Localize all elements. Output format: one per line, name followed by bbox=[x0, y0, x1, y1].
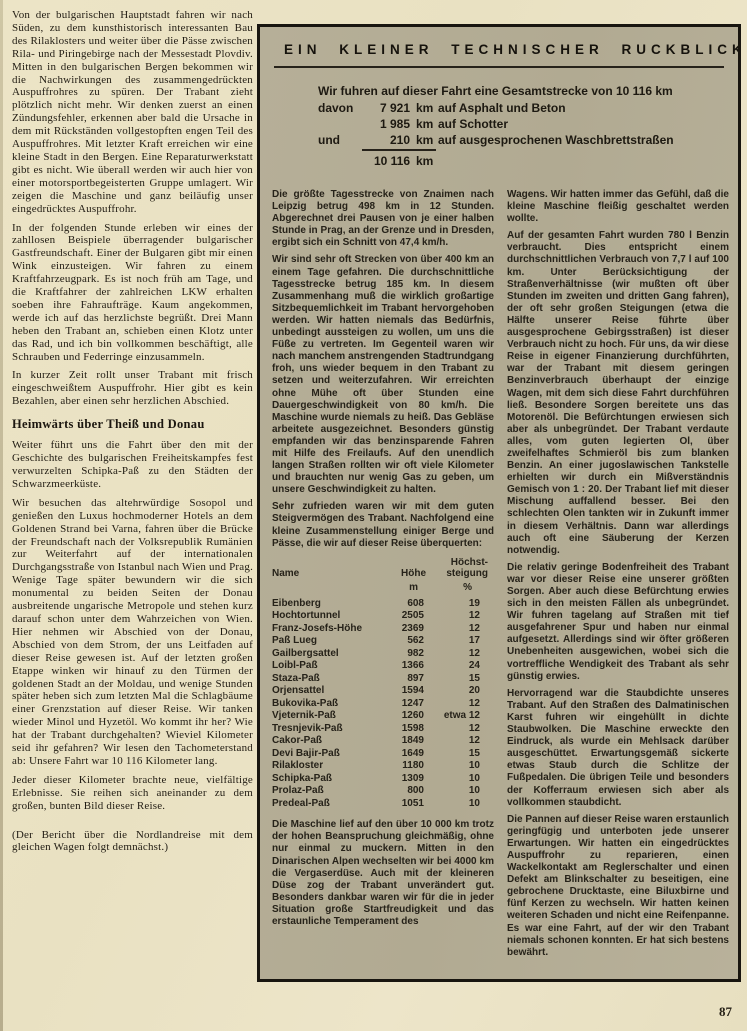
summary-total-value: 10 116 bbox=[362, 153, 410, 169]
pass-height: 982 bbox=[380, 648, 432, 661]
pass-table-body: Eibenberg 608 19 Hochtortunnel 2505 12 bbox=[272, 598, 494, 811]
pass-name: Paß Lueg bbox=[272, 635, 380, 648]
table-row: Eibenberg 608 19 bbox=[272, 598, 494, 611]
table-row: Franz-Josefs-Höhe 2369 12 bbox=[272, 623, 494, 636]
summary-prefix bbox=[318, 116, 362, 132]
technical-review-box: EIN KLEINER TECHNISCHER RUCKBLICK Wir fu… bbox=[257, 24, 741, 982]
pass-name: Devi Bajir-Paß bbox=[272, 748, 380, 761]
table-row: Cakor-Paß 1849 12 bbox=[272, 735, 494, 748]
pass-height: 2505 bbox=[380, 610, 432, 623]
summary-desc: auf Schotter bbox=[436, 116, 728, 132]
pass-name: Predeal-Paß bbox=[272, 798, 380, 811]
pass-name: Hochtortunnel bbox=[272, 610, 380, 623]
table-row: Hochtortunnel 2505 12 bbox=[272, 610, 494, 623]
summary-total-row: 10 116 km bbox=[318, 153, 728, 169]
pass-height: 608 bbox=[380, 598, 432, 611]
pass-grade: 12 bbox=[432, 648, 494, 661]
pass-grade: 12 bbox=[432, 623, 494, 636]
section-heading: Heimwärts über Theiß und Donau bbox=[12, 417, 253, 432]
pass-table: Name Höhe Höchst-steigung m % Eibenberg bbox=[272, 557, 494, 811]
pass-table-units: m % bbox=[272, 581, 494, 594]
paragraph: Von der bulgarischen Hauptstadt fahren w… bbox=[12, 9, 253, 216]
summary-desc: auf ausgesprochenen Waschbrettstraßen bbox=[436, 132, 728, 151]
paragraph: Die größte Tagesstrecke von Znaimen nach… bbox=[272, 189, 494, 249]
summary-unit: km bbox=[410, 116, 436, 132]
pass-name: Vjeternik-Paß bbox=[272, 710, 380, 723]
column-header-height: Höhe bbox=[380, 568, 432, 580]
pass-height: 1849 bbox=[380, 735, 432, 748]
pass-grade: 20 bbox=[432, 685, 494, 698]
table-row: Schipka-Paß 1309 10 bbox=[272, 773, 494, 786]
summary-unit: km bbox=[410, 132, 436, 151]
unit-percent: % bbox=[432, 581, 494, 594]
summary-unit: km bbox=[410, 100, 436, 116]
pass-name: Eibenberg bbox=[272, 598, 380, 611]
pass-grade: 10 bbox=[432, 773, 494, 786]
table-row: Vjeternik-Paß 1260 etwa 12 bbox=[272, 710, 494, 723]
summary-prefix: davon bbox=[318, 100, 362, 116]
pass-height: 1180 bbox=[380, 760, 432, 773]
pass-name: Staza-Paß bbox=[272, 673, 380, 686]
pass-height: 800 bbox=[380, 785, 432, 798]
pass-grade: 12 bbox=[432, 698, 494, 711]
paragraph: Die relativ geringe Bodenfreiheit des Tr… bbox=[507, 562, 729, 683]
unit-meters: m bbox=[380, 581, 432, 594]
table-row: Rilakloster 1180 10 bbox=[272, 760, 494, 773]
summary-row: 1 985 km auf Schotter bbox=[318, 116, 728, 132]
pass-name: Bukovika-Paß bbox=[272, 698, 380, 711]
summary-value: 210 bbox=[362, 132, 410, 151]
table-row: Loibl-Paß 1366 24 bbox=[272, 660, 494, 673]
magazine-page: Von der bulgarischen Hauptstadt fahren w… bbox=[0, 0, 747, 1031]
pass-name: Orjensattel bbox=[272, 685, 380, 698]
table-row: Paß Lueg 562 17 bbox=[272, 635, 494, 648]
pass-height: 1247 bbox=[380, 698, 432, 711]
table-row: Gailbergsattel 982 12 bbox=[272, 648, 494, 661]
pass-grade: etwa 12 bbox=[432, 710, 494, 723]
pass-name: Tresnjevik-Paß bbox=[272, 723, 380, 736]
pass-grade: 15 bbox=[432, 748, 494, 761]
pass-name: Gailbergsattel bbox=[272, 648, 380, 661]
summary-value: 7 921 bbox=[362, 100, 410, 116]
page-number: 87 bbox=[719, 1004, 732, 1020]
pass-name: Prolaz-Paß bbox=[272, 785, 380, 798]
summary-intro: Wir fuhren auf dieser Fahrt eine Gesamts… bbox=[318, 83, 728, 99]
pass-height: 1260 bbox=[380, 710, 432, 723]
paragraph: Wir besuchen das altehrwürdige Sosopol u… bbox=[12, 497, 253, 768]
pass-grade: 19 bbox=[432, 598, 494, 611]
pass-height: 1051 bbox=[380, 798, 432, 811]
pass-grade: 12 bbox=[432, 610, 494, 623]
pass-height: 1594 bbox=[380, 685, 432, 698]
pass-grade: 10 bbox=[432, 785, 494, 798]
summary-desc: auf Asphalt und Beton bbox=[436, 100, 728, 116]
pass-name: Franz-Josefs-Höhe bbox=[272, 623, 380, 636]
table-row: Tresnjevik-Paß 1598 12 bbox=[272, 723, 494, 736]
box-title: EIN KLEINER TECHNISCHER RUCKBLICK bbox=[274, 42, 724, 68]
distance-summary: Wir fuhren auf dieser Fahrt eine Gesamts… bbox=[318, 83, 728, 169]
table-row: Prolaz-Paß 800 10 bbox=[272, 785, 494, 798]
pass-grade: 10 bbox=[432, 798, 494, 811]
paragraph: Weiter führt uns die Fahrt über den mit … bbox=[12, 439, 253, 491]
pass-height: 562 bbox=[380, 635, 432, 648]
pass-grade: 17 bbox=[432, 635, 494, 648]
paragraph: Wagens. Wir hatten immer das Gefühl, daß… bbox=[507, 189, 729, 225]
pass-grade: 15 bbox=[432, 673, 494, 686]
paragraph: Sehr zufrieden waren wir mit dem guten S… bbox=[272, 501, 494, 549]
column-header-grade: Höchst-steigung bbox=[432, 557, 494, 580]
summary-value: 1 985 bbox=[362, 116, 410, 132]
box-column-left: Die größte Tagesstrecke von Znaimen nach… bbox=[272, 189, 494, 964]
pass-grade: 12 bbox=[432, 723, 494, 736]
table-row: Devi Bajir-Paß 1649 15 bbox=[272, 748, 494, 761]
pass-name: Loibl-Paß bbox=[272, 660, 380, 673]
table-row: Staza-Paß 897 15 bbox=[272, 673, 494, 686]
pass-grade: 24 bbox=[432, 660, 494, 673]
table-row: Orjensattel 1594 20 bbox=[272, 685, 494, 698]
pass-name: Schipka-Paß bbox=[272, 773, 380, 786]
pass-height: 1309 bbox=[380, 773, 432, 786]
paragraph: Jeder dieser Kilometer brachte neue, vie… bbox=[12, 774, 253, 813]
pass-height: 1366 bbox=[380, 660, 432, 673]
pass-height: 2369 bbox=[380, 623, 432, 636]
pass-name: Rilakloster bbox=[272, 760, 380, 773]
paragraph: Wir sind sehr oft Strecken von über 400 … bbox=[272, 254, 494, 496]
paragraph: Die Pannen auf dieser Reise waren erstau… bbox=[507, 814, 729, 959]
pass-height: 1598 bbox=[380, 723, 432, 736]
box-column-right: Wagens. Wir hatten immer das Gefühl, daß… bbox=[507, 189, 729, 964]
pass-grade: 10 bbox=[432, 760, 494, 773]
left-text-column: Von der bulgarischen Hauptstadt fahren w… bbox=[12, 9, 253, 860]
summary-total-unit: km bbox=[410, 153, 436, 169]
paragraph: In der folgenden Stunde erleben wir eine… bbox=[12, 222, 253, 364]
paragraph: Hervorragend war die Staubdichte unseres… bbox=[507, 688, 729, 809]
table-row: Predeal-Paß 1051 10 bbox=[272, 798, 494, 811]
pass-name: Cakor-Paß bbox=[272, 735, 380, 748]
paragraph: Die Maschine lief auf den über 10 000 km… bbox=[272, 819, 494, 928]
summary-row: und 210 km auf ausgesprochenen Waschbret… bbox=[318, 132, 728, 151]
paragraph: Auf der gesamten Fahrt wurden 780 l Benz… bbox=[507, 230, 729, 557]
pass-height: 897 bbox=[380, 673, 432, 686]
table-row: Bukovika-Paß 1247 12 bbox=[272, 698, 494, 711]
summary-row: davon 7 921 km auf Asphalt und Beton bbox=[318, 100, 728, 116]
pass-table-header: Name Höhe Höchst-steigung bbox=[272, 557, 494, 580]
pass-height: 1649 bbox=[380, 748, 432, 761]
paragraph: In kurzer Zeit rollt unser Trabant mit f… bbox=[12, 369, 253, 408]
column-header-name: Name bbox=[272, 568, 380, 580]
editorial-note: (Der Bericht über die Nordlandreise mit … bbox=[12, 829, 253, 855]
pass-grade: 12 bbox=[432, 735, 494, 748]
summary-prefix: und bbox=[318, 132, 362, 151]
